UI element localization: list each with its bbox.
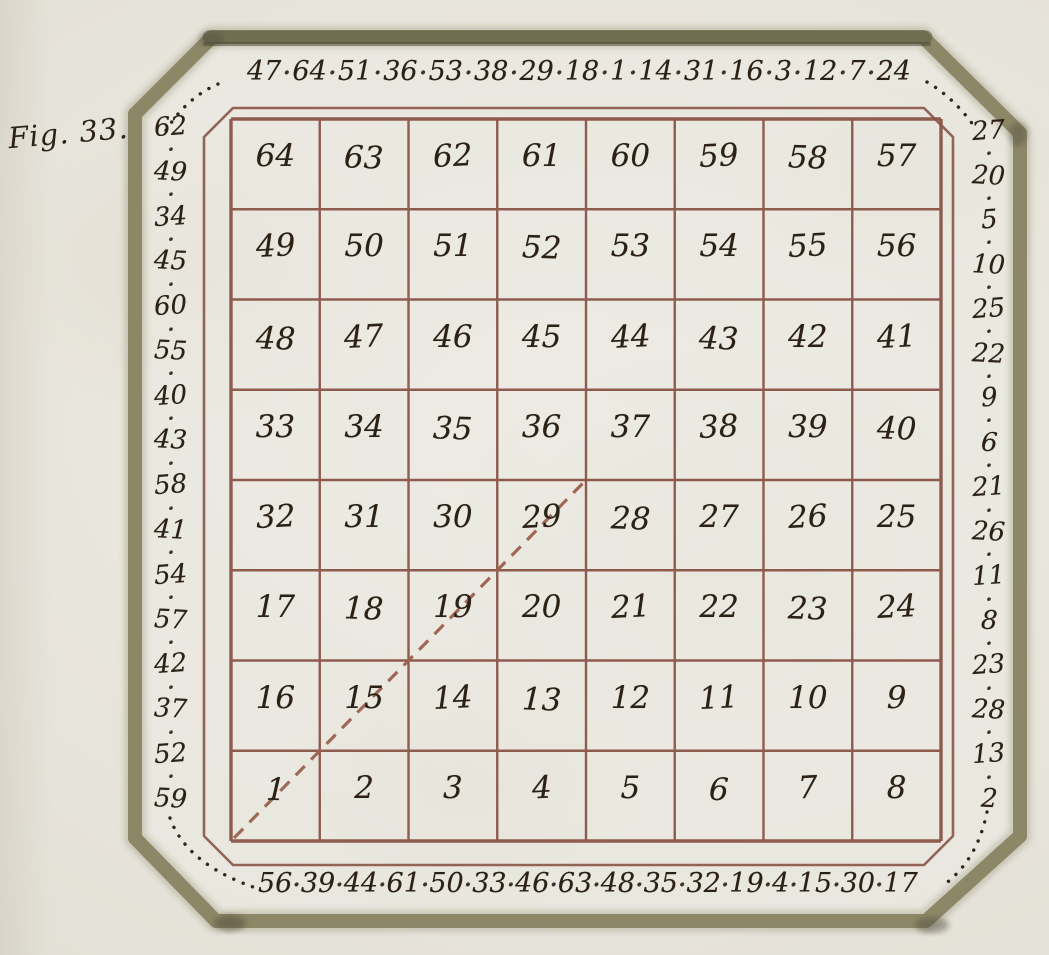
grid-cell: 46 (409, 300, 498, 390)
frame-corner-blob-tl (199, 32, 223, 46)
grid-cell-number: 7 (797, 769, 819, 806)
grid-cell: 32 (231, 480, 320, 570)
grid-cell-number: 32 (255, 498, 296, 536)
frame-corner-blob-br (915, 917, 949, 933)
grid-cell: 49 (231, 209, 320, 299)
grid-cell: 63 (320, 119, 409, 209)
grid-cell: 38 (675, 390, 764, 480)
grid-cell: 10 (764, 661, 853, 751)
grid-cell-number: 52 (521, 230, 562, 267)
sequence-number: 48 (601, 870, 635, 897)
separator-dot: · (867, 62, 875, 84)
grid-cell-number: 33 (256, 409, 295, 445)
grid-cell-number: 14 (432, 679, 473, 717)
separator-dot: · (720, 62, 728, 84)
grid-cell-number: 6 (709, 772, 730, 809)
grid-cell-number: 17 (256, 589, 295, 625)
grid-cell: 15 (320, 661, 409, 751)
separator-dot: · (293, 874, 301, 896)
separator-dot: · (283, 62, 291, 84)
left-number-sequence: 62·49·34·45·60·55·40·43·58·41·54·57·42·3… (144, 114, 198, 812)
grid-cell: 62 (409, 119, 498, 209)
grid-cell-number: 21 (610, 588, 651, 626)
grid-cell-number: 39 (788, 409, 827, 445)
grid-cell-number: 56 (877, 228, 916, 264)
grid-cell: 53 (586, 209, 675, 299)
grid-cell-number: 1 (265, 772, 286, 809)
grid-cell: 1 (231, 751, 320, 841)
grid-cell: 26 (764, 480, 853, 570)
grid-cell: 43 (675, 300, 764, 390)
grid-cell: 19 (409, 570, 498, 660)
grid-cell-number: 28 (610, 500, 651, 537)
grid-cell: 8 (852, 751, 941, 841)
grid-cell: 42 (764, 300, 853, 390)
grid-cell: 7 (764, 751, 853, 841)
sequence-number: 31 (684, 58, 718, 85)
grid-cell-number: 50 (344, 228, 383, 264)
grid-cell-number: 58 (788, 139, 829, 176)
grid-cell-number: 13 (521, 681, 562, 718)
manuscript-page: Fig. 33. 47·64·51·36·53·38·29·18·1·14·31… (0, 0, 1049, 955)
separator-dot: · (794, 62, 802, 84)
grid-cell-number: 41 (876, 318, 917, 356)
grid-cell-number: 15 (344, 680, 383, 716)
separator-dot: · (636, 874, 644, 896)
grid-cell-number: 59 (698, 137, 739, 175)
bottom-number-sequence: 56·39·44·61·50·33·46·63·48·35·32·19·4·15… (258, 870, 918, 897)
separator-dot: · (336, 874, 344, 896)
separator-dot: · (465, 62, 473, 84)
sequence-number: 38 (474, 58, 508, 85)
grid-cell-number: 19 (433, 589, 472, 625)
sequence-number: 12 (803, 58, 837, 85)
grid-cell: 4 (497, 751, 586, 841)
sequence-number: 1 (610, 58, 627, 85)
grid-cell-number: 16 (256, 680, 295, 716)
sequence-number: 35 (644, 870, 678, 897)
grid-cell: 21 (586, 570, 675, 660)
grid-cell-number: 26 (787, 498, 828, 536)
grid-cell-number: 25 (877, 499, 916, 535)
sequence-number: 61 (387, 870, 421, 897)
separator-dot: · (419, 62, 427, 84)
grid-cell-number: 5 (621, 770, 641, 806)
grid-cell: 18 (320, 570, 409, 660)
grid-cell: 55 (764, 209, 853, 299)
grid-cell: 30 (409, 480, 498, 570)
grid-cell: 20 (497, 570, 586, 660)
grid-cell: 50 (320, 209, 409, 299)
separator-dot: · (507, 874, 515, 896)
grid-cell-number: 61 (522, 138, 561, 174)
separator-dot: · (629, 62, 637, 84)
separator-dot: · (374, 62, 382, 84)
grid-cell-number: 42 (788, 319, 827, 355)
grid-cell: 14 (409, 661, 498, 751)
grid-cell-number: 27 (699, 499, 738, 535)
grid-cell-number: 54 (699, 228, 738, 264)
grid-cell-number: 31 (344, 499, 383, 535)
separator-dot: · (555, 62, 563, 84)
grid-cell-number: 20 (522, 589, 561, 625)
grid-cell: 34 (320, 390, 409, 480)
grid-cell-number: 40 (876, 410, 917, 447)
separator-dot: · (601, 62, 609, 84)
grid-cell-number: 53 (611, 228, 650, 264)
grid-cell-number: 51 (433, 228, 472, 264)
grid-cell: 27 (675, 480, 764, 570)
sequence-number: 51 (338, 58, 372, 85)
grid-cell: 16 (231, 661, 320, 751)
sequence-number: 7 (848, 58, 865, 85)
grid-cell: 17 (231, 570, 320, 660)
grid-cell: 28 (586, 480, 675, 570)
sequence-number: 3 (775, 58, 792, 85)
sequence-number: 15 (798, 870, 832, 897)
grid-cell: 57 (852, 119, 941, 209)
separator-dot: · (678, 874, 686, 896)
sequence-number: 37 (154, 695, 188, 723)
separator-dot: · (328, 62, 336, 84)
grid-cell: 6 (675, 751, 764, 841)
sequence-number: 18 (565, 58, 599, 85)
top-number-sequence: 47·64·51·36·53·38·29·18·1·14·31·16·3·12·… (247, 58, 911, 85)
separator-dot: · (421, 874, 429, 896)
grid-cell-number: 49 (255, 227, 296, 265)
separator-dot: · (790, 874, 798, 896)
grid-cell: 35 (409, 390, 498, 480)
grid-cell-number: 57 (877, 138, 916, 174)
grid-cell: 58 (764, 119, 853, 209)
sequence-number: 39 (301, 870, 335, 897)
grid-cell: 12 (586, 661, 675, 751)
grid-cell-number: 38 (698, 408, 739, 446)
grid-cell: 29 (497, 480, 586, 570)
grid-cell-number: 22 (699, 589, 738, 625)
sequence-number: 44 (344, 870, 378, 897)
grid-cell-number: 63 (344, 139, 385, 176)
grid-cell-number: 12 (611, 680, 650, 716)
sequence-number: 32 (686, 870, 720, 897)
grid-cell: 11 (675, 661, 764, 751)
grid-cell-number: 37 (611, 409, 650, 445)
grid-cell-number: 44 (610, 318, 651, 356)
sequence-number: 16 (729, 58, 763, 85)
grid-cell-number: 8 (887, 770, 907, 806)
grid-cell-number: 46 (433, 319, 472, 355)
grid-cell: 9 (852, 661, 941, 751)
grid-cell: 25 (852, 480, 941, 570)
sequence-number: 4 (772, 870, 789, 897)
separator-dot: · (675, 62, 683, 84)
sequence-number: 17 (883, 870, 917, 897)
grid-cell: 56 (852, 209, 941, 299)
grid-cell-number: 2 (354, 770, 374, 806)
grid-cell-number: 11 (698, 679, 739, 717)
sequence-number: 53 (429, 58, 463, 85)
grid-cell: 24 (852, 570, 941, 660)
separator-dot: · (550, 874, 558, 896)
grid-cell: 37 (586, 390, 675, 480)
sequence-number: 30 (841, 870, 875, 897)
separator-dot: · (721, 874, 729, 896)
grid-cell: 3 (409, 751, 498, 841)
sequence-number: 60 (154, 292, 189, 320)
grid-cell-number: 64 (256, 138, 295, 174)
separator-dot: · (839, 62, 847, 84)
grid-cell-number: 18 (344, 591, 385, 628)
sequence-number: 29 (519, 58, 553, 85)
grid-cell-number: 9 (887, 680, 907, 716)
magic-square-grid: 6463626160595857495051525354555648474645… (231, 119, 941, 841)
grid-cell-number: 45 (522, 319, 561, 355)
separator-dot: · (510, 62, 518, 84)
grid-cell-number: 35 (433, 410, 474, 447)
sequence-number: 64 (292, 58, 326, 85)
separator-dot: · (833, 874, 841, 896)
grid-cell: 5 (586, 751, 675, 841)
sequence-number: 2 (980, 786, 998, 813)
grid-cell: 61 (497, 119, 586, 209)
grid-cell: 2 (320, 751, 409, 841)
sequence-number: 46 (515, 870, 549, 897)
sequence-number: 47 (247, 58, 281, 85)
grid-cell: 59 (675, 119, 764, 209)
grid-cell-number: 34 (344, 409, 383, 445)
grid-cell: 44 (586, 300, 675, 390)
separator-dot: · (378, 874, 386, 896)
grid-cell-number: 3 (443, 770, 463, 806)
grid-cell-number: 24 (876, 588, 917, 626)
grid-cell: 22 (675, 570, 764, 660)
grid-cell-number: 36 (522, 409, 561, 445)
grid-cell: 45 (497, 300, 586, 390)
grid-cell: 40 (852, 390, 941, 480)
sequence-number: 56 (258, 870, 292, 897)
grid-cell-number: 43 (699, 320, 740, 357)
separator-dot: · (464, 874, 472, 896)
sequence-number: 63 (558, 870, 592, 897)
grid-cell-number: 4 (531, 769, 553, 806)
sequence-number: 33 (472, 870, 506, 897)
grid-cell-number: 47 (343, 318, 384, 356)
grid-cell: 41 (852, 300, 941, 390)
grid-cell-number: 62 (432, 137, 473, 175)
grid-cell-number: 30 (433, 499, 472, 535)
sequence-number: 14 (638, 58, 672, 85)
grid-cell: 60 (586, 119, 675, 209)
grid-cell-number: 10 (788, 680, 827, 716)
separator-dot: · (765, 62, 773, 84)
separator-dot: · (593, 874, 601, 896)
sequence-number: 19 (729, 870, 763, 897)
right-number-sequence: 27·20·5·10·25·22·9·6·21·26·11·8·23·28·13… (962, 118, 1016, 812)
grid-cell: 13 (497, 661, 586, 751)
sequence-number: 36 (383, 58, 417, 85)
frame-corner-blob-bl (214, 915, 246, 931)
grid-cell: 31 (320, 480, 409, 570)
separator-dot: · (875, 874, 883, 896)
grid-cell: 36 (497, 390, 586, 480)
grid-cell: 47 (320, 300, 409, 390)
sequence-number: 50 (429, 870, 463, 897)
grid-cell-number: 60 (611, 138, 650, 174)
grid-cell: 64 (231, 119, 320, 209)
sequence-number: 24 (877, 58, 911, 85)
grid-cell-number: 23 (788, 591, 829, 628)
grid-cell-number: 48 (255, 320, 296, 357)
grid-cell: 52 (497, 209, 586, 299)
grid-cell: 23 (764, 570, 853, 660)
grid-cell: 33 (231, 390, 320, 480)
separator-dot: · (764, 874, 772, 896)
grid-cell: 51 (409, 209, 498, 299)
sequence-number: 59 (154, 785, 188, 813)
grid-cell: 39 (764, 390, 853, 480)
grid-cell-number: 29 (521, 498, 562, 536)
grid-cell: 48 (231, 300, 320, 390)
grid-cell: 54 (675, 209, 764, 299)
grid-cell-number: 55 (787, 227, 828, 265)
